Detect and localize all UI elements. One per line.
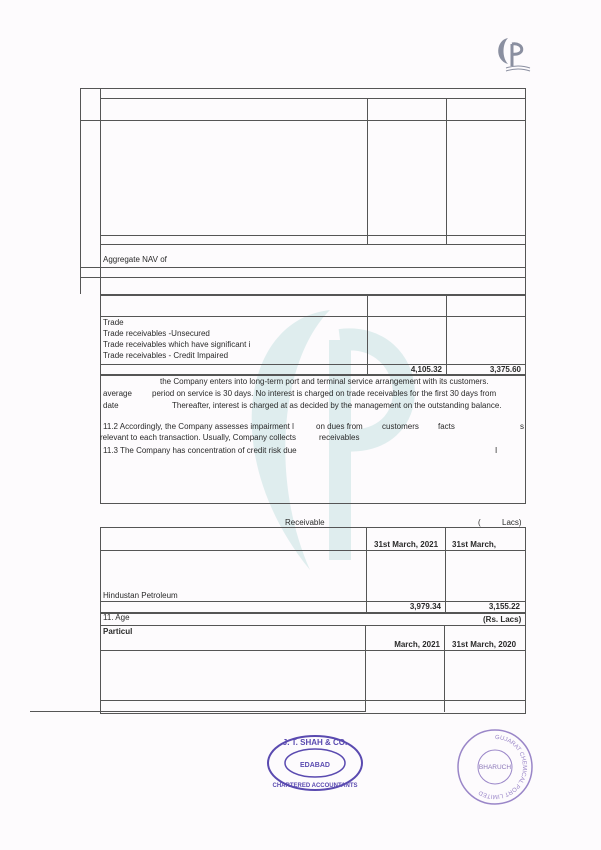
note-text: s (520, 422, 524, 432)
customer-name: Hindustan Petroleum (103, 591, 178, 601)
note-text: the Company enters into long-term port a… (160, 377, 489, 387)
note-text: receivables (319, 433, 359, 443)
ageing-title: 11. Age (103, 613, 130, 623)
note-text: period on service is 30 days. No interes… (152, 389, 496, 399)
unit-label: (Rs. Lacs) (483, 615, 521, 625)
svg-text:J. T. SHAH & CO.: J. T. SHAH & CO. (283, 738, 347, 747)
auditor-stamp-icon: J. T. SHAH & CO. EDABAD CHARTERED ACCOUN… (265, 733, 365, 793)
note-text: 11.3 The Company has concentration of cr… (103, 446, 297, 456)
table-ageing (100, 612, 526, 714)
note-text: facts (438, 422, 455, 432)
trade-row: Trade receivables - Credit Impaired (103, 351, 228, 361)
note-text: customers (382, 422, 419, 432)
note-text: on dues from (316, 422, 363, 432)
trade-row: Trade receivables -Unsecured (103, 329, 210, 339)
note-text: date (103, 401, 119, 411)
svg-text:BHARUCH: BHARUCH (479, 764, 511, 771)
note-text: 11.2 Accordingly, the Company assesses i… (103, 422, 294, 432)
note-text: relevant to each transaction. Usually, C… (100, 433, 296, 443)
svg-text:EDABAD: EDABAD (300, 762, 330, 769)
trade-row: Trade (103, 318, 124, 328)
col-header-2020: 31st March, (452, 540, 496, 550)
col-header-2021: 31st March, 2021 (374, 540, 438, 550)
total-2021: 3,979.34 (367, 602, 441, 612)
trade-row: Trade receivables which have significant… (103, 340, 250, 350)
col-header-2021: March, 2021 (366, 640, 440, 650)
note-text: average (103, 389, 132, 399)
total-2020: 3,155.22 (446, 602, 520, 612)
company-seal-icon: BHARUCH GUJARAT CHEMICAL PORT LIMITED (455, 727, 535, 807)
company-logo-icon (490, 30, 540, 75)
col-header-2020: 31st March, 2020 (452, 640, 516, 650)
note-text: I (495, 446, 497, 456)
aggregate-nav-label: Aggregate NAV of (103, 255, 167, 265)
particulars-header: Particul (103, 627, 132, 637)
note-text: Thereafter, interest is charged at as de… (172, 401, 502, 411)
svg-text:CHARTERED ACCOUNTANTS: CHARTERED ACCOUNTANTS (273, 783, 358, 789)
